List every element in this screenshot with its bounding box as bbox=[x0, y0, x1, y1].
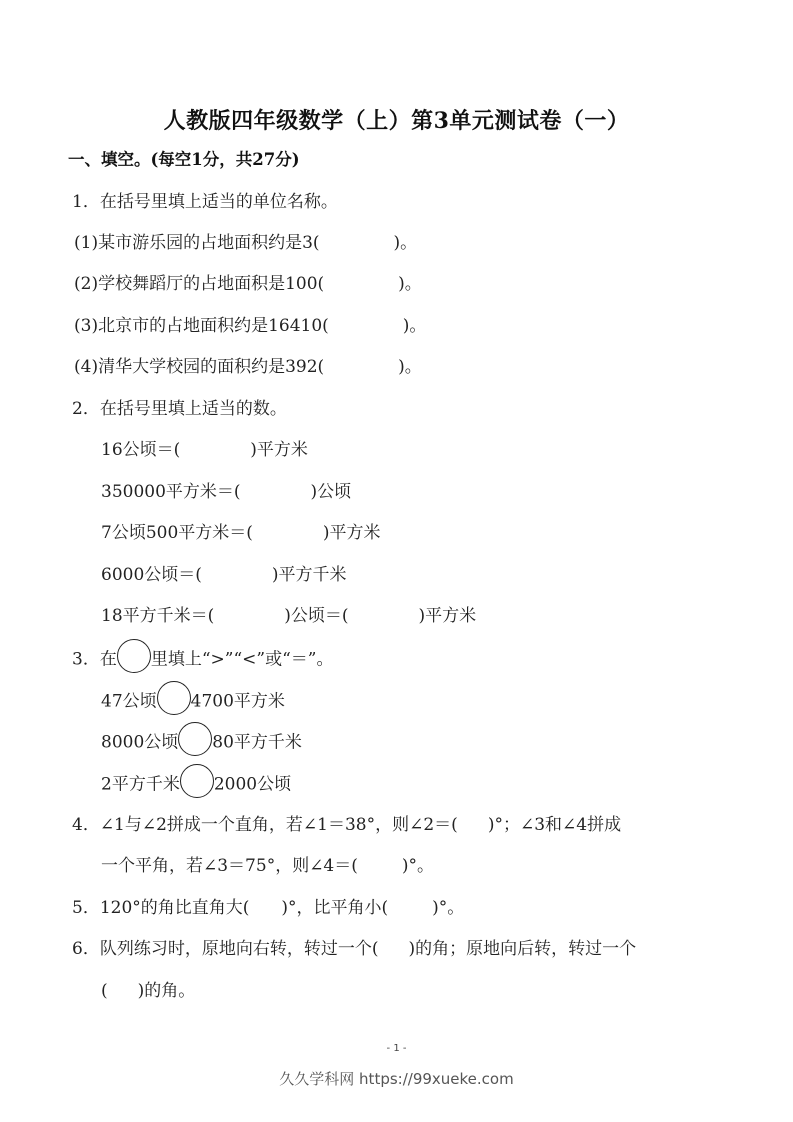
question-1-item-4: (4)清华大学校园的面积约是392()。 bbox=[74, 356, 422, 378]
page-number: - 1 - bbox=[0, 1043, 793, 1054]
item-text: (3)北京市的占地面积约是16410( bbox=[74, 316, 329, 336]
item-text: )°。 bbox=[432, 898, 464, 918]
question-1-item-1: (1)某市游乐园的占地面积约是3()。 bbox=[74, 232, 417, 254]
compare-circle-input[interactable] bbox=[157, 681, 191, 715]
item-text: 47公顷 bbox=[101, 692, 157, 712]
item-text: 2000公顷 bbox=[214, 775, 291, 795]
question-1-item-2: (2)学校舞蹈厅的占地面积是100()。 bbox=[74, 273, 422, 295]
item-text: )。 bbox=[398, 357, 422, 377]
item-text: 6．队列练习时，原地向右转，转过一个( bbox=[72, 939, 378, 959]
question-2-item-3: 7公顷500平方米＝()平方米 bbox=[101, 522, 381, 544]
item-text: 6000公顷＝( bbox=[101, 565, 202, 585]
item-text: )平方米 bbox=[323, 523, 381, 543]
question-2-item-4: 6000公顷＝()平方千米 bbox=[101, 564, 347, 586]
item-text: ( bbox=[101, 981, 108, 1001]
question-3-item-2: 8000公顷80平方千米 bbox=[101, 730, 302, 756]
item-text: 18平方千米＝( bbox=[101, 606, 214, 626]
item-text: 里填上“>”“<”或“＝”。 bbox=[151, 650, 334, 670]
compare-circle-example bbox=[117, 639, 151, 673]
question-5: 5．120°的角比直角大()°，比平角小()°。 bbox=[72, 897, 464, 919]
item-text: 一个平角，若∠3＝75°，则∠4＝( bbox=[101, 856, 358, 876]
item-text: )°，比平角小( bbox=[281, 898, 388, 918]
item-text: 350000平方米＝( bbox=[101, 482, 241, 502]
question-4-line-1: 4．∠1与∠2拼成一个直角，若∠1＝38°，则∠2＝()°；∠3和∠4拼成 bbox=[72, 814, 621, 836]
question-3-item-3: 2平方千米2000公顷 bbox=[101, 772, 291, 798]
question-1-item-3: (3)北京市的占地面积约是16410()。 bbox=[74, 315, 426, 337]
item-text: 7公顷500平方米＝( bbox=[101, 523, 253, 543]
item-text: )平方米 bbox=[419, 606, 477, 626]
item-text: )的角。 bbox=[138, 981, 196, 1001]
item-text: )。 bbox=[398, 274, 422, 294]
item-text: 3．在 bbox=[72, 650, 117, 670]
question-2-item-1: 16公顷＝()平方米 bbox=[101, 439, 308, 461]
question-4-line-2: 一个平角，若∠3＝75°，则∠4＝()°。 bbox=[101, 855, 434, 877]
item-text: )°。 bbox=[402, 856, 434, 876]
question-3-stem: 3．在里填上“>”“<”或“＝”。 bbox=[72, 647, 333, 673]
item-text: )。 bbox=[403, 316, 427, 336]
item-text: )平方米 bbox=[250, 440, 308, 460]
item-text: )公顷＝( bbox=[284, 606, 348, 626]
item-text: (4)清华大学校园的面积约是392( bbox=[74, 357, 324, 377]
item-text: 4700平方米 bbox=[191, 692, 285, 712]
question-2-item-5: 18平方千米＝()公顷＝()平方米 bbox=[101, 605, 476, 627]
compare-circle-input[interactable] bbox=[178, 722, 212, 756]
item-text: )公顷 bbox=[311, 482, 352, 502]
item-text: 4．∠1与∠2拼成一个直角，若∠1＝38°，则∠2＝( bbox=[72, 815, 458, 835]
question-6-line-1: 6．队列练习时，原地向右转，转过一个()的角；原地向后转，转过一个 bbox=[72, 938, 636, 960]
item-text: )。 bbox=[394, 233, 418, 253]
item-text: 5．120°的角比直角大( bbox=[72, 898, 249, 918]
item-text: (2)学校舞蹈厅的占地面积是100( bbox=[74, 274, 324, 294]
item-text: (1)某市游乐园的占地面积约是3( bbox=[74, 233, 320, 253]
question-1-stem: 1．在括号里填上适当的单位名称。 bbox=[72, 191, 338, 213]
item-text: 16公顷＝( bbox=[101, 440, 180, 460]
question-2-item-2: 350000平方米＝()公顷 bbox=[101, 481, 351, 503]
question-2-stem: 2．在括号里填上适当的数。 bbox=[72, 398, 287, 420]
page-title: 人教版四年级数学（上）第3单元测试卷（一） bbox=[0, 104, 793, 135]
item-text: 8000公顷 bbox=[101, 733, 178, 753]
site-watermark: 久久学科网 https://99xueke.com bbox=[0, 1068, 793, 1089]
compare-circle-input[interactable] bbox=[180, 764, 214, 798]
item-text: )°；∠3和∠4拼成 bbox=[488, 815, 621, 835]
section-heading-fill-blank: 一、填空。(每空1分，共27分) bbox=[68, 149, 300, 171]
question-6-line-2: ()的角。 bbox=[101, 980, 195, 1002]
question-3-item-1: 47公顷4700平方米 bbox=[101, 689, 285, 715]
item-text: )平方千米 bbox=[272, 565, 347, 585]
item-text: )的角；原地向后转，转过一个 bbox=[408, 939, 636, 959]
item-text: 80平方千米 bbox=[212, 733, 302, 753]
item-text: 2平方千米 bbox=[101, 775, 180, 795]
